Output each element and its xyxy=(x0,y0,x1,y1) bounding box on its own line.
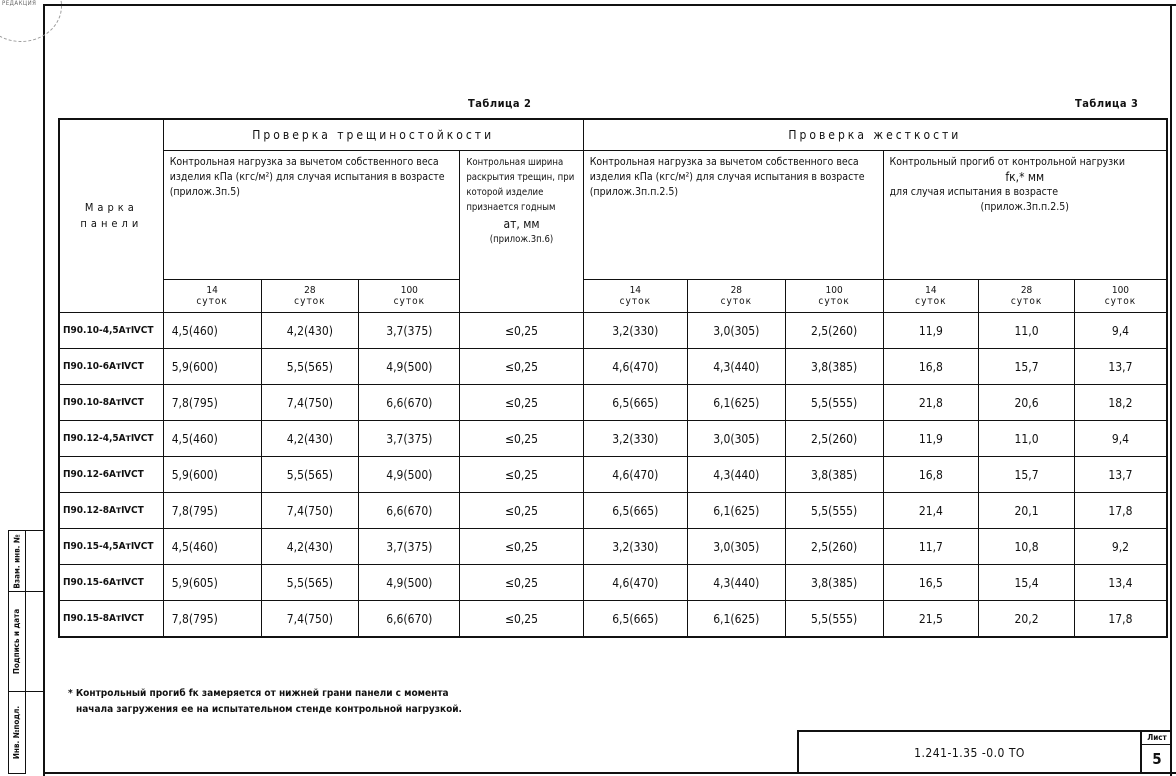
deflection-14: 21,4 xyxy=(883,493,979,529)
age-header: 100суток xyxy=(785,280,883,313)
stiff-load-14: 4,6(470) xyxy=(583,349,687,385)
stiff-load-28: 4,3(440) xyxy=(687,457,785,493)
deflection-100: 9,2 xyxy=(1074,529,1167,565)
stiff-load-100: 2,5(260) xyxy=(785,421,883,457)
crack-load-28: 7,4(750) xyxy=(261,493,359,529)
crack-load-14: 7,8(795) xyxy=(163,601,261,638)
deflection-28: 11,0 xyxy=(979,421,1075,457)
age-header: 28суток xyxy=(261,280,359,313)
deflection-100: 13,7 xyxy=(1074,349,1167,385)
header-stiff-load: Контрольная нагрузка за вычетом собствен… xyxy=(583,151,883,280)
deflection-28: 15,7 xyxy=(979,457,1075,493)
crack-load-28: 4,2(430) xyxy=(261,421,359,457)
stiff-load-100: 3,8(385) xyxy=(785,349,883,385)
deflection-14: 11,9 xyxy=(883,313,979,349)
panel-mark: П90.12-8АтⅣСТ xyxy=(59,493,163,529)
panel-mark: П90.10-4,5АтⅣСТ xyxy=(59,313,163,349)
crack-load-100: 3,7(375) xyxy=(359,421,460,457)
crack-load-14: 4,5(460) xyxy=(163,529,261,565)
stiff-load-100: 2,5(260) xyxy=(785,529,883,565)
stiff-load-14: 4,6(470) xyxy=(583,457,687,493)
deflection-14: 11,7 xyxy=(883,529,979,565)
stiff-load-14: 6,5(665) xyxy=(583,601,687,638)
stiff-load-100: 5,5(555) xyxy=(785,601,883,638)
deflection-28: 20,6 xyxy=(979,385,1075,421)
panel-mark: П90.10-8АтⅣСТ xyxy=(59,385,163,421)
stiff-load-14: 6,5(665) xyxy=(583,493,687,529)
crack-load-14: 7,8(795) xyxy=(163,385,261,421)
deflection-28: 10,8 xyxy=(979,529,1075,565)
stiff-load-14: 3,2(330) xyxy=(583,529,687,565)
crack-load-14: 5,9(600) xyxy=(163,349,261,385)
table-row: П90.15-4,5АтⅣСТ 4,5(460) 4,2(430) 3,7(37… xyxy=(59,529,1167,565)
stiff-load-100: 3,8(385) xyxy=(785,457,883,493)
deflection-100: 17,8 xyxy=(1074,493,1167,529)
age-header: 14суток xyxy=(883,280,979,313)
table-row: П90.10-6АтⅣСТ 5,9(600) 5,5(565) 4,9(500)… xyxy=(59,349,1167,385)
deflection-100: 17,8 xyxy=(1074,601,1167,638)
document-code: 1.241-1.35 -0.0 ТО xyxy=(799,732,1140,774)
crack-width: ≤0,25 xyxy=(460,601,583,638)
table-row: П90.12-4,5АтⅣСТ 4,5(460) 4,2(430) 3,7(37… xyxy=(59,421,1167,457)
panel-mark: П90.15-8АтⅣСТ xyxy=(59,601,163,638)
table-row: П90.15-6АтⅣСТ 5,9(605) 5,5(565) 4,9(500)… xyxy=(59,565,1167,601)
crack-load-14: 4,5(460) xyxy=(163,313,261,349)
header-crack-width: Контрольная ширина раскрытия трещин, при… xyxy=(460,151,583,313)
deflection-28: 15,4 xyxy=(979,565,1075,601)
crack-load-28: 5,5(565) xyxy=(261,457,359,493)
age-header: 14суток xyxy=(163,280,261,313)
age-header: 28суток xyxy=(687,280,785,313)
side-cell-inv-podl: Инв. №подл. xyxy=(9,691,25,773)
header-crack-group: Проверка трещиностойкости xyxy=(163,119,583,151)
sheet-box: Лист 5 xyxy=(1140,732,1172,774)
table-row: П90.12-6АтⅣСТ 5,9(600) 5,5(565) 4,9(500)… xyxy=(59,457,1167,493)
crack-load-28: 5,5(565) xyxy=(261,349,359,385)
stiff-load-28: 4,3(440) xyxy=(687,349,785,385)
side-stamp-values xyxy=(24,530,43,773)
deflection-100: 13,4 xyxy=(1074,565,1167,601)
sheet-label: Лист xyxy=(1142,732,1172,745)
sheet-frame-left xyxy=(43,4,45,776)
footnote: * Контрольный прогиб fк замеряется от ни… xyxy=(68,686,462,718)
stiff-load-100: 2,5(260) xyxy=(785,313,883,349)
sheet-number: 5 xyxy=(1142,745,1172,773)
crack-width: ≤0,25 xyxy=(460,529,583,565)
crack-load-28: 4,2(430) xyxy=(261,529,359,565)
stiff-load-28: 6,1(625) xyxy=(687,493,785,529)
deflection-28: 20,2 xyxy=(979,601,1075,638)
age-header: 14суток xyxy=(583,280,687,313)
stiff-load-28: 6,1(625) xyxy=(687,385,785,421)
stiff-load-14: 4,6(470) xyxy=(583,565,687,601)
header-crack-load: Контрольная нагрузка за вычетом собствен… xyxy=(163,151,460,280)
crack-width: ≤0,25 xyxy=(460,313,583,349)
stiff-load-14: 3,2(330) xyxy=(583,421,687,457)
age-header: 100суток xyxy=(1074,280,1167,313)
age-header: 100суток xyxy=(359,280,460,313)
deflection-14: 16,8 xyxy=(883,349,979,385)
sheet-frame-top xyxy=(43,4,1176,6)
stiff-load-100: 5,5(555) xyxy=(785,385,883,421)
panel-mark: П90.15-4,5АтⅣСТ xyxy=(59,529,163,565)
crack-width: ≤0,25 xyxy=(460,565,583,601)
panel-mark: П90.15-6АтⅣСТ xyxy=(59,565,163,601)
table-3-caption: Таблица 3 xyxy=(1075,97,1138,110)
crack-width: ≤0,25 xyxy=(460,349,583,385)
deflection-14: 16,5 xyxy=(883,565,979,601)
stiff-load-100: 5,5(555) xyxy=(785,493,883,529)
table-row: П90.12-8АтⅣСТ 7,8(795) 7,4(750) 6,6(670)… xyxy=(59,493,1167,529)
crack-load-14: 5,9(605) xyxy=(163,565,261,601)
test-load-table: Марка панели Проверка трещиностойкости П… xyxy=(58,118,1168,638)
crack-load-100: 6,6(670) xyxy=(359,385,460,421)
crack-load-28: 7,4(750) xyxy=(261,385,359,421)
header-marka: Марка панели xyxy=(59,119,163,313)
stiff-load-28: 4,3(440) xyxy=(687,565,785,601)
table-row: П90.10-4,5АтⅣСТ 4,5(460) 4,2(430) 3,7(37… xyxy=(59,313,1167,349)
crack-width: ≤0,25 xyxy=(460,385,583,421)
crack-load-14: 4,5(460) xyxy=(163,421,261,457)
title-block: 1.241-1.35 -0.0 ТО Лист 5 xyxy=(797,730,1172,774)
table-row: П90.10-8АтⅣСТ 7,8(795) 7,4(750) 6,6(670)… xyxy=(59,385,1167,421)
panel-mark: П90.10-6АтⅣСТ xyxy=(59,349,163,385)
crack-load-28: 4,2(430) xyxy=(261,313,359,349)
stamp-text: РЕДАКЦИЯ xyxy=(2,0,36,7)
deflection-100: 13,7 xyxy=(1074,457,1167,493)
crack-load-100: 6,6(670) xyxy=(359,493,460,529)
panel-mark: П90.12-6АтⅣСТ xyxy=(59,457,163,493)
deflection-100: 9,4 xyxy=(1074,313,1167,349)
panel-mark: П90.12-4,5АтⅣСТ xyxy=(59,421,163,457)
crack-width: ≤0,25 xyxy=(460,493,583,529)
deflection-100: 18,2 xyxy=(1074,385,1167,421)
sheet-frame-right xyxy=(1170,4,1172,776)
side-cell-podpis-data: Подпись и дата xyxy=(9,591,25,692)
deflection-28: 20,1 xyxy=(979,493,1075,529)
age-header: 28суток xyxy=(979,280,1075,313)
deflection-14: 21,5 xyxy=(883,601,979,638)
deflection-100: 9,4 xyxy=(1074,421,1167,457)
crack-width: ≤0,25 xyxy=(460,457,583,493)
stiff-load-28: 3,0(305) xyxy=(687,529,785,565)
stiff-load-28: 3,0(305) xyxy=(687,421,785,457)
crack-load-100: 4,9(500) xyxy=(359,565,460,601)
deflection-14: 16,8 xyxy=(883,457,979,493)
age-header-row: 14суток 28суток 100суток 14суток 28суток… xyxy=(59,280,1167,313)
deflection-28: 11,0 xyxy=(979,313,1075,349)
crack-load-14: 5,9(600) xyxy=(163,457,261,493)
crack-load-100: 3,7(375) xyxy=(359,313,460,349)
crack-load-28: 5,5(565) xyxy=(261,565,359,601)
stiff-load-14: 3,2(330) xyxy=(583,313,687,349)
stiff-load-14: 6,5(665) xyxy=(583,385,687,421)
crack-width: ≤0,25 xyxy=(460,421,583,457)
crack-load-28: 7,4(750) xyxy=(261,601,359,638)
side-cell-vzam-inv: Взам. инв. № xyxy=(9,531,25,592)
stiff-load-100: 3,8(385) xyxy=(785,565,883,601)
deflection-14: 11,9 xyxy=(883,421,979,457)
crack-load-100: 6,6(670) xyxy=(359,601,460,638)
table-row: П90.15-8АтⅣСТ 7,8(795) 7,4(750) 6,6(670)… xyxy=(59,601,1167,638)
stiff-load-28: 3,0(305) xyxy=(687,313,785,349)
header-stiffness-group: Проверка жесткости xyxy=(583,119,1167,151)
crack-load-14: 7,8(795) xyxy=(163,493,261,529)
deflection-28: 15,7 xyxy=(979,349,1075,385)
crack-load-100: 4,9(500) xyxy=(359,457,460,493)
stiff-load-28: 6,1(625) xyxy=(687,601,785,638)
crack-load-100: 3,7(375) xyxy=(359,529,460,565)
header-deflection: Контрольный прогиб от контрольной нагруз… xyxy=(883,151,1167,280)
deflection-14: 21,8 xyxy=(883,385,979,421)
table-2-caption: Таблица 2 xyxy=(468,97,531,110)
crack-load-100: 4,9(500) xyxy=(359,349,460,385)
